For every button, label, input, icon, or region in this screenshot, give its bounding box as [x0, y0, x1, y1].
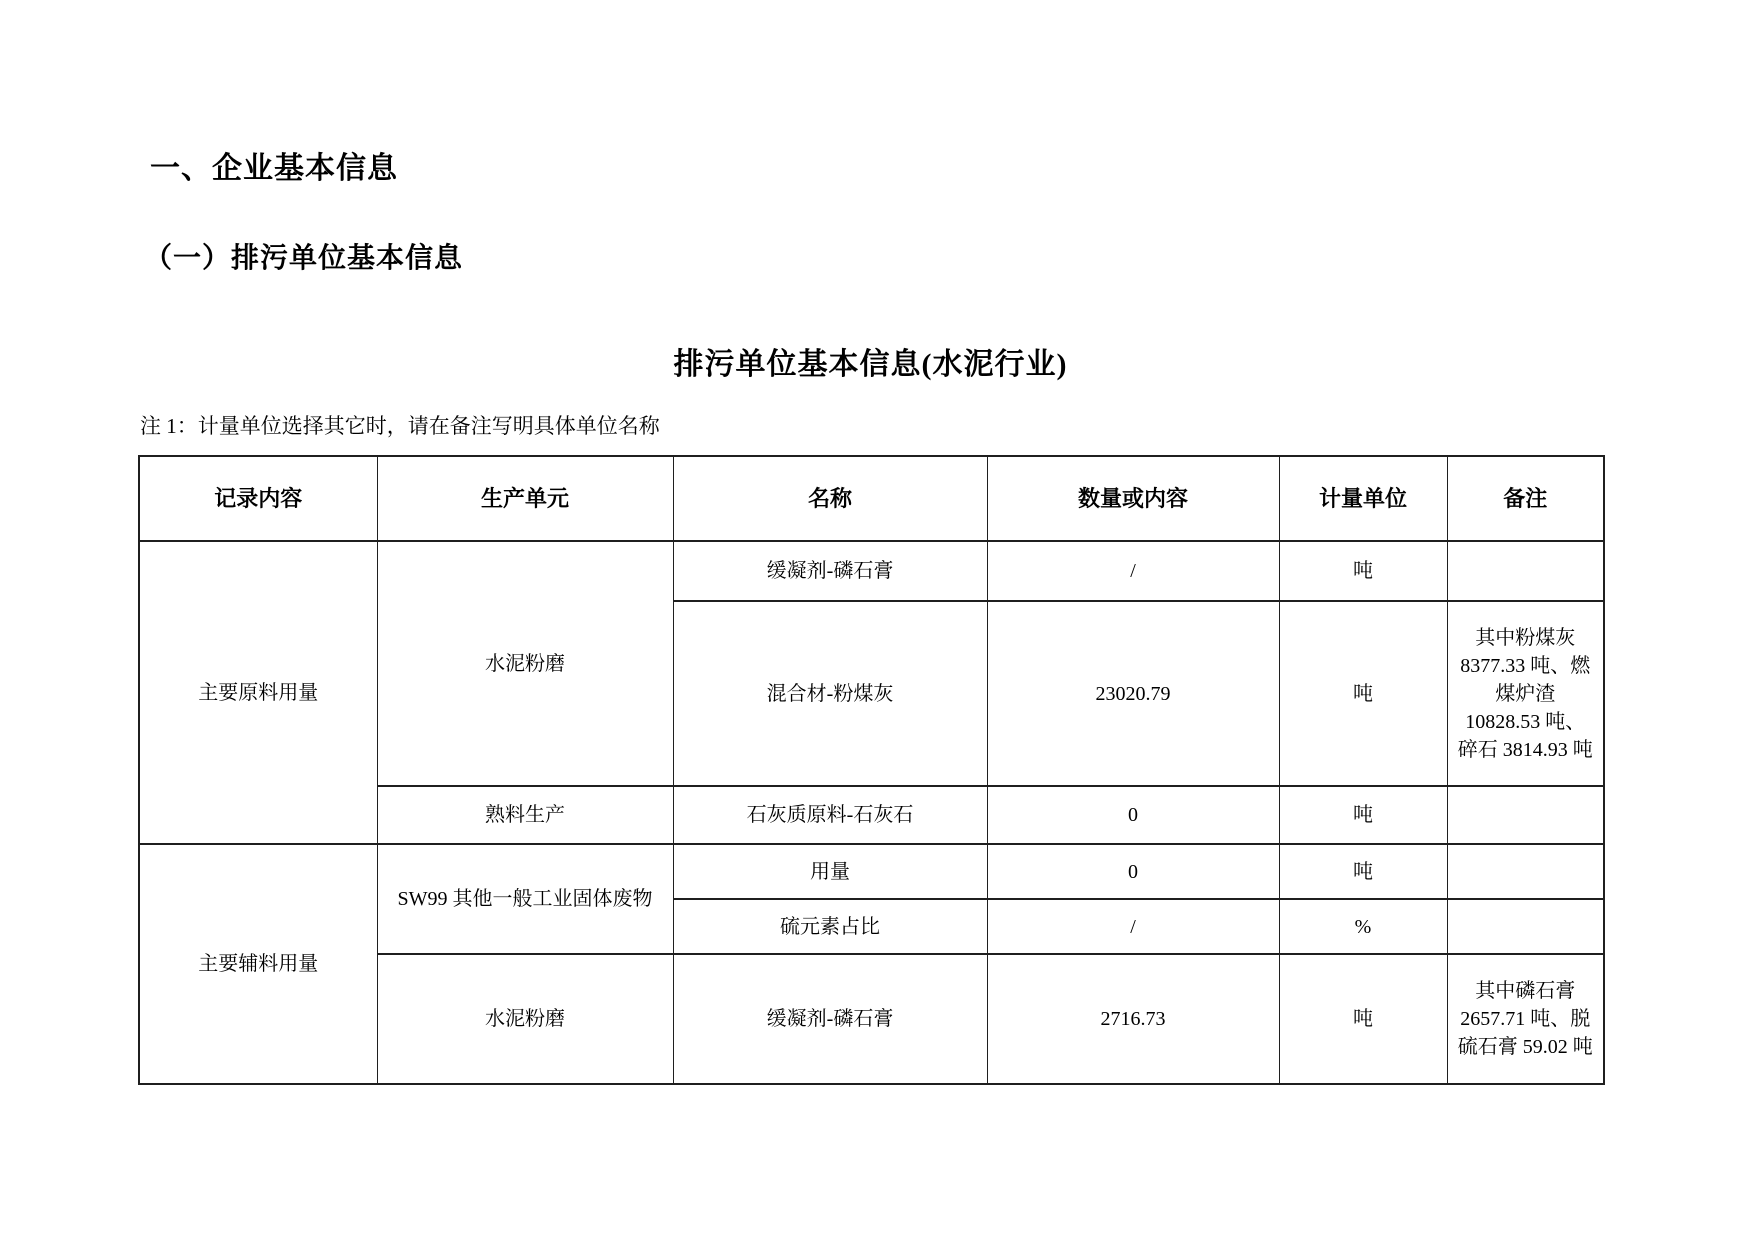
quantity-cell: 23020.79 — [987, 601, 1279, 786]
unit-cell: 吨 — [1279, 786, 1447, 844]
category-cell-auxiliary-materials: 主要辅料用量 — [139, 844, 377, 1084]
table-row: 主要原料用量 水泥粉磨 缓凝剂-磷石膏 / 吨 — [139, 541, 1604, 601]
name-cell: 用量 — [673, 844, 987, 899]
unit-cell: 吨 — [1279, 844, 1447, 899]
remark-cell — [1447, 541, 1604, 601]
remark-cell — [1447, 899, 1604, 954]
name-cell: 硫元素占比 — [673, 899, 987, 954]
quantity-cell: 0 — [987, 844, 1279, 899]
remark-cell — [1447, 786, 1604, 844]
table-title: 排污单位基本信息(水泥行业) — [138, 346, 1603, 384]
remark-cell: 其中磷石膏 2657.71 吨、脱硫石膏 59.02 吨 — [1447, 954, 1604, 1084]
column-header-unit: 计量单位 — [1279, 456, 1447, 541]
column-header-record-category: 记录内容 — [139, 456, 377, 541]
quantity-cell: 0 — [987, 786, 1279, 844]
name-cell: 缓凝剂-磷石膏 — [673, 541, 987, 601]
production-unit-cell-cement-grinding: 水泥粉磨 — [377, 541, 673, 786]
column-header-quantity: 数量或内容 — [987, 456, 1279, 541]
column-header-production-unit: 生产单元 — [377, 456, 673, 541]
subsection-heading: （一）排污单位基本信息 — [144, 240, 463, 276]
name-cell: 混合材-粉煤灰 — [673, 601, 987, 786]
unit-cell: 吨 — [1279, 541, 1447, 601]
table-row: 主要辅料用量 SW99 其他一般工业固体废物 用量 0 吨 — [139, 844, 1604, 899]
remark-cell: 其中粉煤灰 8377.33 吨、燃煤炉渣 10828.53 吨、碎石 3814.… — [1447, 601, 1604, 786]
name-cell: 缓凝剂-磷石膏 — [673, 954, 987, 1084]
column-header-name: 名称 — [673, 456, 987, 541]
category-cell-raw-materials: 主要原料用量 — [139, 541, 377, 844]
section-heading: 一、企业基本信息 — [150, 150, 398, 188]
basic-info-table: 记录内容 生产单元 名称 数量或内容 计量单位 备注 主要原料用量 水泥粉磨 缓… — [138, 455, 1605, 1085]
column-header-remark: 备注 — [1447, 456, 1604, 541]
quantity-cell: / — [987, 899, 1279, 954]
unit-cell: 吨 — [1279, 954, 1447, 1084]
production-unit-cell-clinker: 熟料生产 — [377, 786, 673, 844]
table-header-row: 记录内容 生产单元 名称 数量或内容 计量单位 备注 — [139, 456, 1604, 541]
unit-cell: % — [1279, 899, 1447, 954]
remark-cell — [1447, 844, 1604, 899]
document-page: 一、企业基本信息 （一）排污单位基本信息 排污单位基本信息(水泥行业) 注 1：… — [0, 0, 1754, 1241]
unit-cell: 吨 — [1279, 601, 1447, 786]
production-unit-cell-sw99: SW99 其他一般工业固体废物 — [377, 844, 673, 954]
production-unit-cell-cement-grinding-2: 水泥粉磨 — [377, 954, 673, 1084]
quantity-cell: / — [987, 541, 1279, 601]
table-note: 注 1：计量单位选择其它时，请在备注写明具体单位名称 — [140, 413, 660, 439]
name-cell: 石灰质原料-石灰石 — [673, 786, 987, 844]
quantity-cell: 2716.73 — [987, 954, 1279, 1084]
